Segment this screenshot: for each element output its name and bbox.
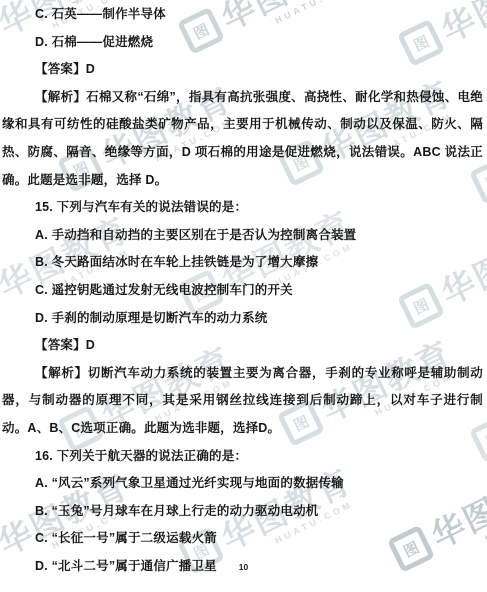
page-number: 10	[0, 562, 487, 572]
option-line: B. 冬天路面结冰时在车轮上挂铁链是为了增大摩擦	[2, 249, 483, 277]
document-body: C. 石英——制作半导体D. 石棉——促进燃烧【答案】D【解析】石棉又称“石绵”…	[0, 0, 487, 580]
option-line: A. 手动挡和自动挡的主要区别在于是否认为控制离合装置	[2, 222, 483, 250]
option-line: D. 手刹的制动原理是切断汽车的动力系统	[2, 305, 483, 333]
option-line: C. 遥控钥匙通过发射无线电波控制车门的开关	[2, 277, 483, 305]
analysis-line: 【解析】石棉又称“石绵”，指具有高抗张强度、高挠性、耐化学和热侵蚀、电绝缘和具有…	[2, 84, 483, 194]
question-line: 16. 下列关于航天器的说法正确的是：	[2, 443, 483, 471]
option-line: D. 石棉——促进燃烧	[2, 29, 483, 57]
option-line: A. “风云”系列气象卫星通过光纤实现与地面的数据传输	[2, 470, 483, 498]
question-line: 15. 下列与汽车有关的说法错误的是：	[2, 194, 483, 222]
analysis-line: 【解析】切断汽车动力系统的装置主要为离合器，手刹的专业称呼是辅助制动器，与制动器…	[2, 360, 483, 443]
answer-line: 【答案】D	[2, 56, 483, 84]
answer-line: 【答案】D	[2, 332, 483, 360]
option-line: B. “玉兔”号月球车在月球上行走的动力驱动电动机	[2, 498, 483, 526]
document-page: 图华图教育HUATU.COM图华图教育HUATU.COM图华图教育HUATU.C…	[0, 0, 487, 592]
option-line: C. 石英——制作半导体	[2, 1, 483, 29]
option-line: C. “长征一号”属于二级运载火箭	[2, 525, 483, 553]
